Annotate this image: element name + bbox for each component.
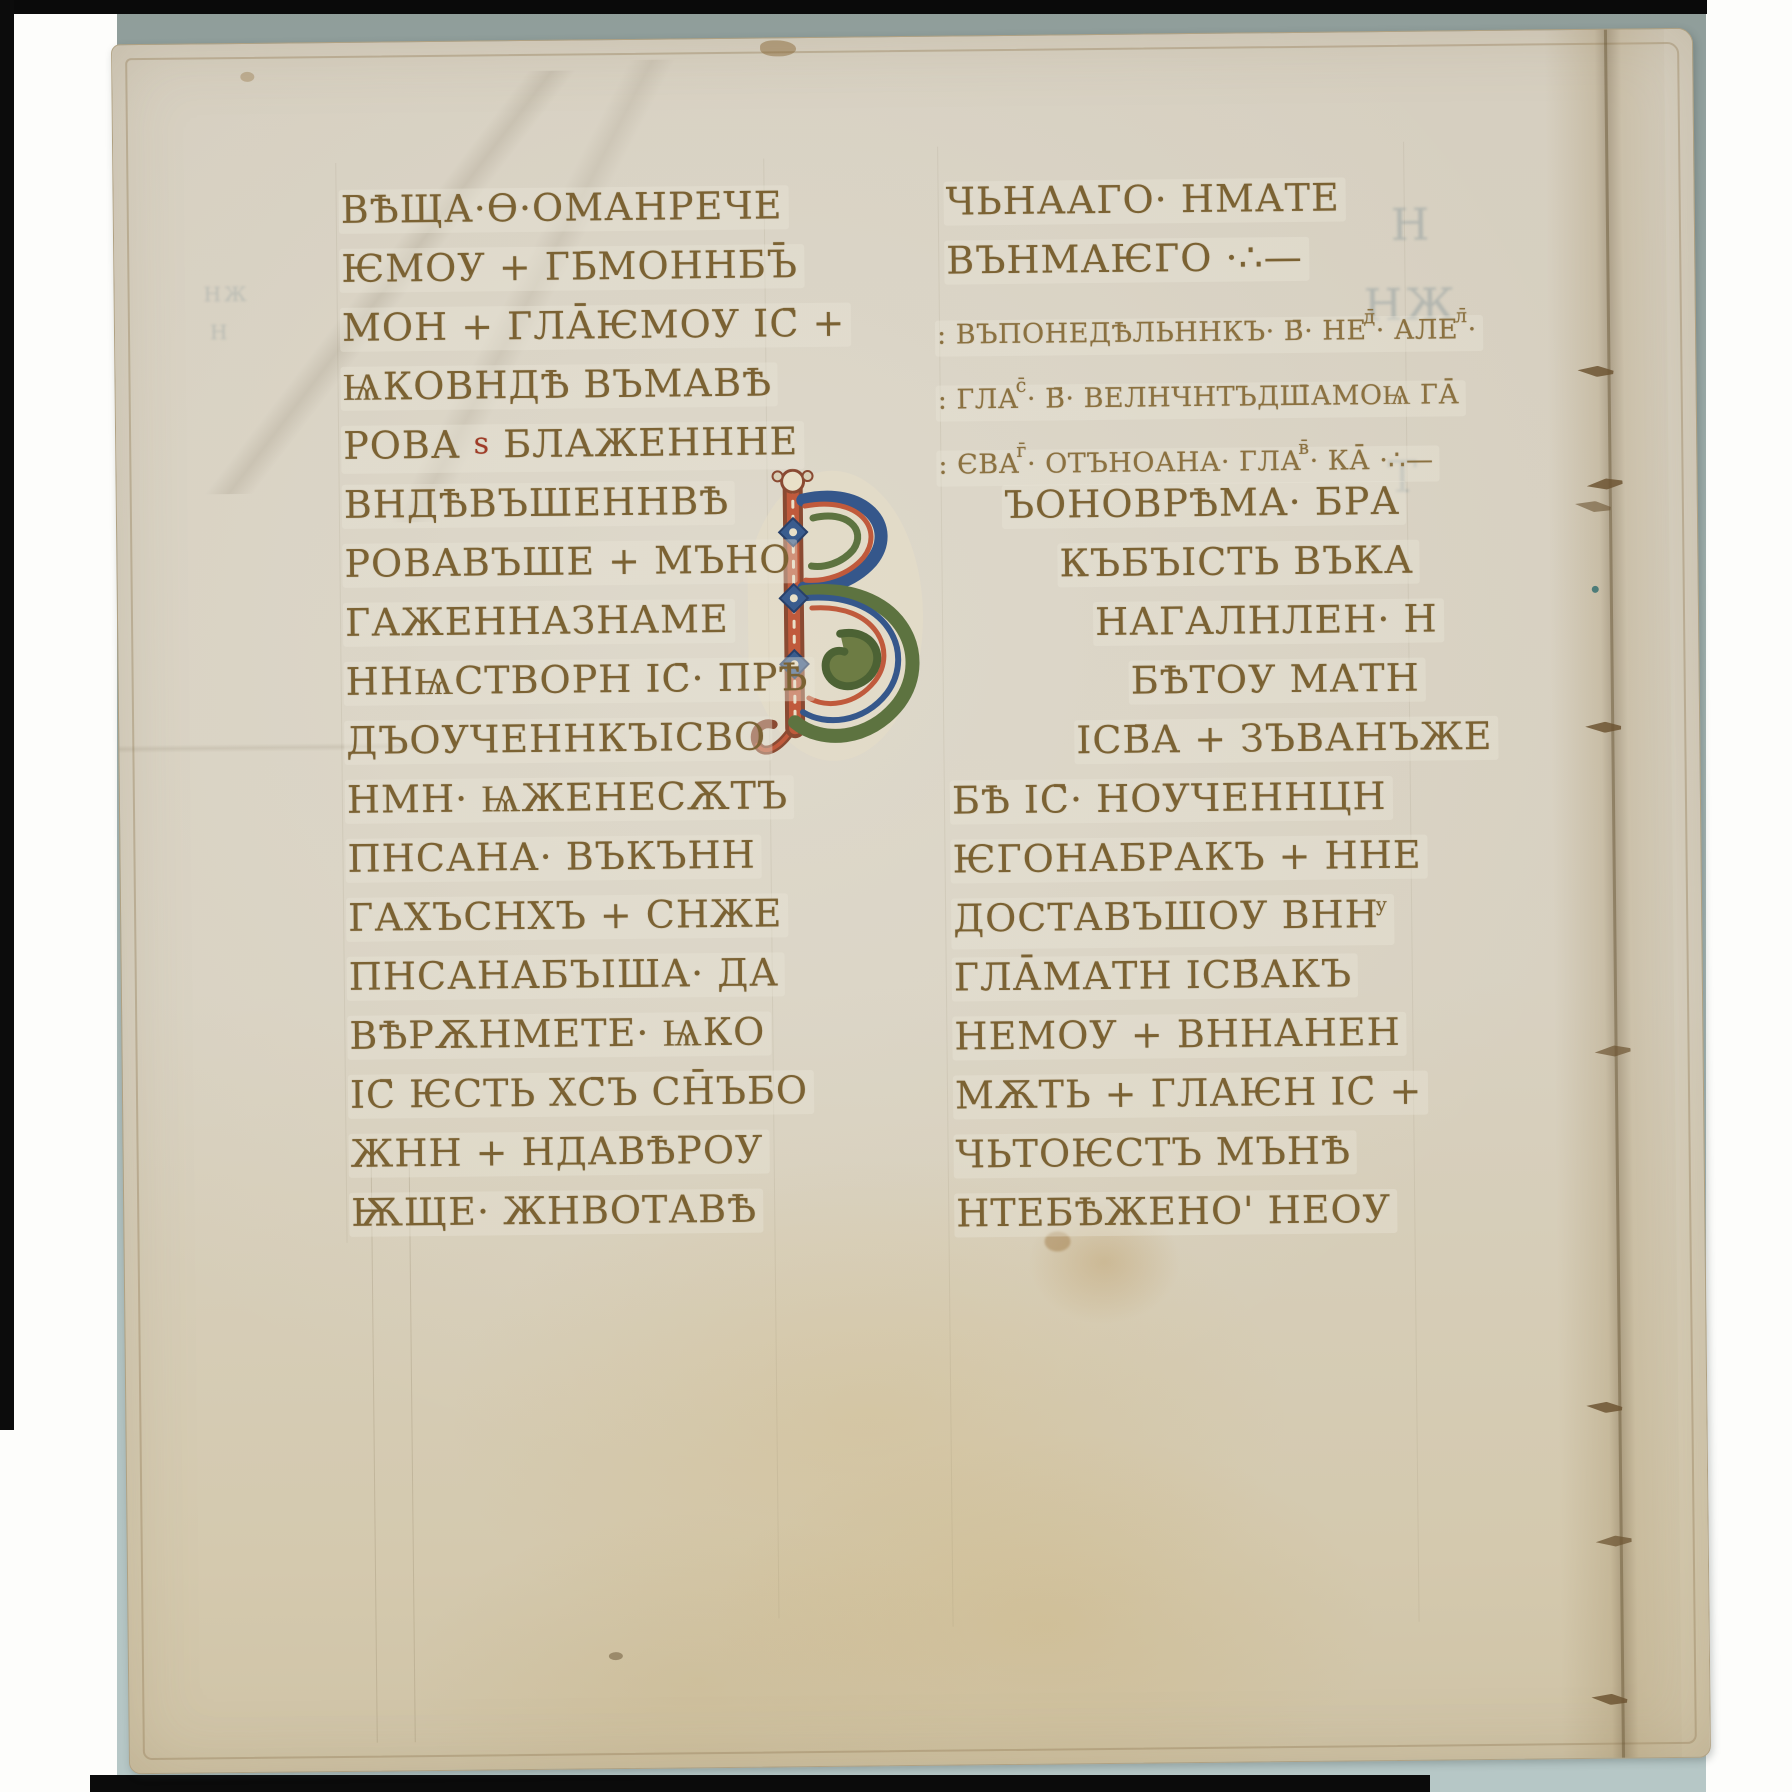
manuscript-line: БѢ ІС̄· НОУЧЕННЦН <box>950 776 1393 825</box>
manuscript-line: ДОСТАВЪШОУ ВННу <box>951 894 1394 950</box>
manuscript-line: ГЛА̄МАТН ІСВ̄АКЪ <box>952 953 1359 1001</box>
rubric-text: · КА̄ ·∴— <box>1309 445 1433 477</box>
superscript-letter: в̄ <box>1298 437 1309 459</box>
line-text: РОВА <box>343 423 474 468</box>
manuscript-scan: Н ЖН Т ЖН Н В <box>0 0 1792 1792</box>
manuscript-line: ѤМОУ + ГЬ̄МОННБЪ̄ <box>339 244 804 293</box>
line-text: БЛАЖЕНННЕ <box>490 419 799 466</box>
manuscript-line: БѢТОУ МАТН <box>1128 658 1426 705</box>
showthrough-text: Н <box>1388 200 1430 251</box>
ruling-line <box>937 147 953 1627</box>
initial-ornament <box>746 465 944 767</box>
manuscript-line: НМН· ѨЖЕНЕСѪТЪ <box>345 775 795 824</box>
stain <box>760 40 796 56</box>
manuscript-line: ЖНН + НДАВѢРОУ <box>348 1129 769 1177</box>
manuscript-line: ѤГОНАБРАКЪ + ННЕ <box>950 835 1427 884</box>
rubric-line: : ГЛАс̄· В̄· ВЕЛНЧНТЪДШ̄АМОѨ ГА̄ <box>936 380 1466 422</box>
rubric-text: · ОТЪНОАНА· ГЛА <box>1027 446 1302 480</box>
red-numeral-zelo: ѕ <box>474 426 491 461</box>
manuscript-line: ЧЬНААГО· НМАТЕ <box>943 177 1346 225</box>
scan-frame-left <box>0 0 14 1430</box>
manuscript-line: ІСВ̄А + ЗЪВАНЪЖЕ <box>1074 716 1499 764</box>
rubric-line: : ВЪПОНЕДѢЛЬННКЪ· В̄· НЕд̄· АЛЕл̄· <box>935 315 1483 357</box>
manuscript-line: ІС̄ ѤСТЬ ХС̄Ъ СН̄ЪБО <box>348 1070 814 1119</box>
manuscript-line: ЪОНОВРѢМА· БРА <box>1002 481 1407 529</box>
manuscript-line: ВНДѢВЪШЕННВѢ <box>342 481 736 529</box>
ruling-line <box>409 1162 416 1742</box>
manuscript-line: ГАЖЕННАЗНАМЕ <box>343 599 735 647</box>
rubric-text: · В̄· ВЕЛНЧНТЪДШ̄АМОѨ ГА̄ <box>1027 379 1460 415</box>
illuminated-initial-V: В <box>746 465 944 767</box>
manuscript-line: МѪТЬ + ГЛАѤН ІС̄ + <box>953 1071 1429 1120</box>
manuscript-line: НТЕБѢЖЕНО' НЕОУ <box>954 1189 1397 1238</box>
rubric-text: : ЄВА <box>938 449 1019 481</box>
superscript-letter: с̄ <box>1016 375 1027 397</box>
rubric-text: : ВЪПОНЕДѢЛЬННКЪ· В̄· НЕ <box>937 315 1367 350</box>
superscript-letter: л̄ <box>1455 305 1468 327</box>
manuscript-line: МОН + ГЛА̄ѤМОУ ІС̄ + <box>340 303 852 352</box>
ruling-line <box>1403 142 1419 1622</box>
thread-dot <box>1592 586 1599 593</box>
showthrough-text: Н <box>207 320 228 344</box>
manuscript-line: ПНСАНАБЪІША· ДА <box>347 952 786 1001</box>
stain <box>240 72 254 82</box>
manuscript-line: ВѢЩА·Ѳ·ОМАНРЕЧЕ <box>339 185 789 234</box>
manuscript-line: ГАХЪСНХЪ + СНЖЕ <box>346 893 789 942</box>
stain <box>609 1652 623 1660</box>
manuscript-line: ЧЬТОѤСТЪ МЪНѢ <box>953 1130 1357 1178</box>
manuscript-line: НЕМОУ + ВННАНЕН <box>952 1012 1407 1061</box>
superscript-letter: г̄ <box>1016 440 1027 462</box>
scan-frame-top <box>0 0 1707 14</box>
showthrough-text: ЖН <box>200 282 246 306</box>
manuscript-line: РОВАВЪШЕ + МЪНО <box>342 539 797 588</box>
manuscript-line: НАГАЛНЛЕН· Н <box>1093 598 1444 646</box>
superscript-letter: д̄ <box>1363 306 1375 328</box>
manuscript-line: ВЪНМАѤГО ·∴— <box>944 237 1309 285</box>
manuscript-line: ННѨСТВОРН ІС̄· ПРѢ <box>343 657 814 706</box>
manuscript-line: КЪБЪІСТЬ ВЪКА <box>1057 540 1420 588</box>
manuscript-line: ВѢРѪНМЕТЕ· ѨКО <box>347 1011 771 1059</box>
scan-frame-bottom <box>90 1775 1430 1792</box>
manuscript-line: ДЪОУЧЕННКЪІСВО <box>344 716 772 764</box>
manuscript-line: ПНСАНА· ВЪКЪНН <box>345 835 762 883</box>
rubric-text: : ГЛА <box>938 384 1019 416</box>
manuscript-line: ѬЩЕ· ЖНВОТАВѢ <box>349 1189 763 1237</box>
manuscript-line: ѨКОВНДѢ ВЪМАВѢ <box>340 362 778 411</box>
rubric-text: · АЛЕ <box>1376 314 1459 346</box>
line-text: ДОСТАВЪШОУ ВНН <box>953 892 1379 940</box>
superscript-letter: у <box>1376 894 1388 916</box>
rubric-text: · <box>1468 314 1477 345</box>
ruling-line <box>371 1163 378 1743</box>
parchment-page: Н ЖН Т ЖН Н В <box>111 28 1711 1774</box>
manuscript-line: РОВА ѕ БЛАЖЕНННЕ <box>341 421 804 474</box>
